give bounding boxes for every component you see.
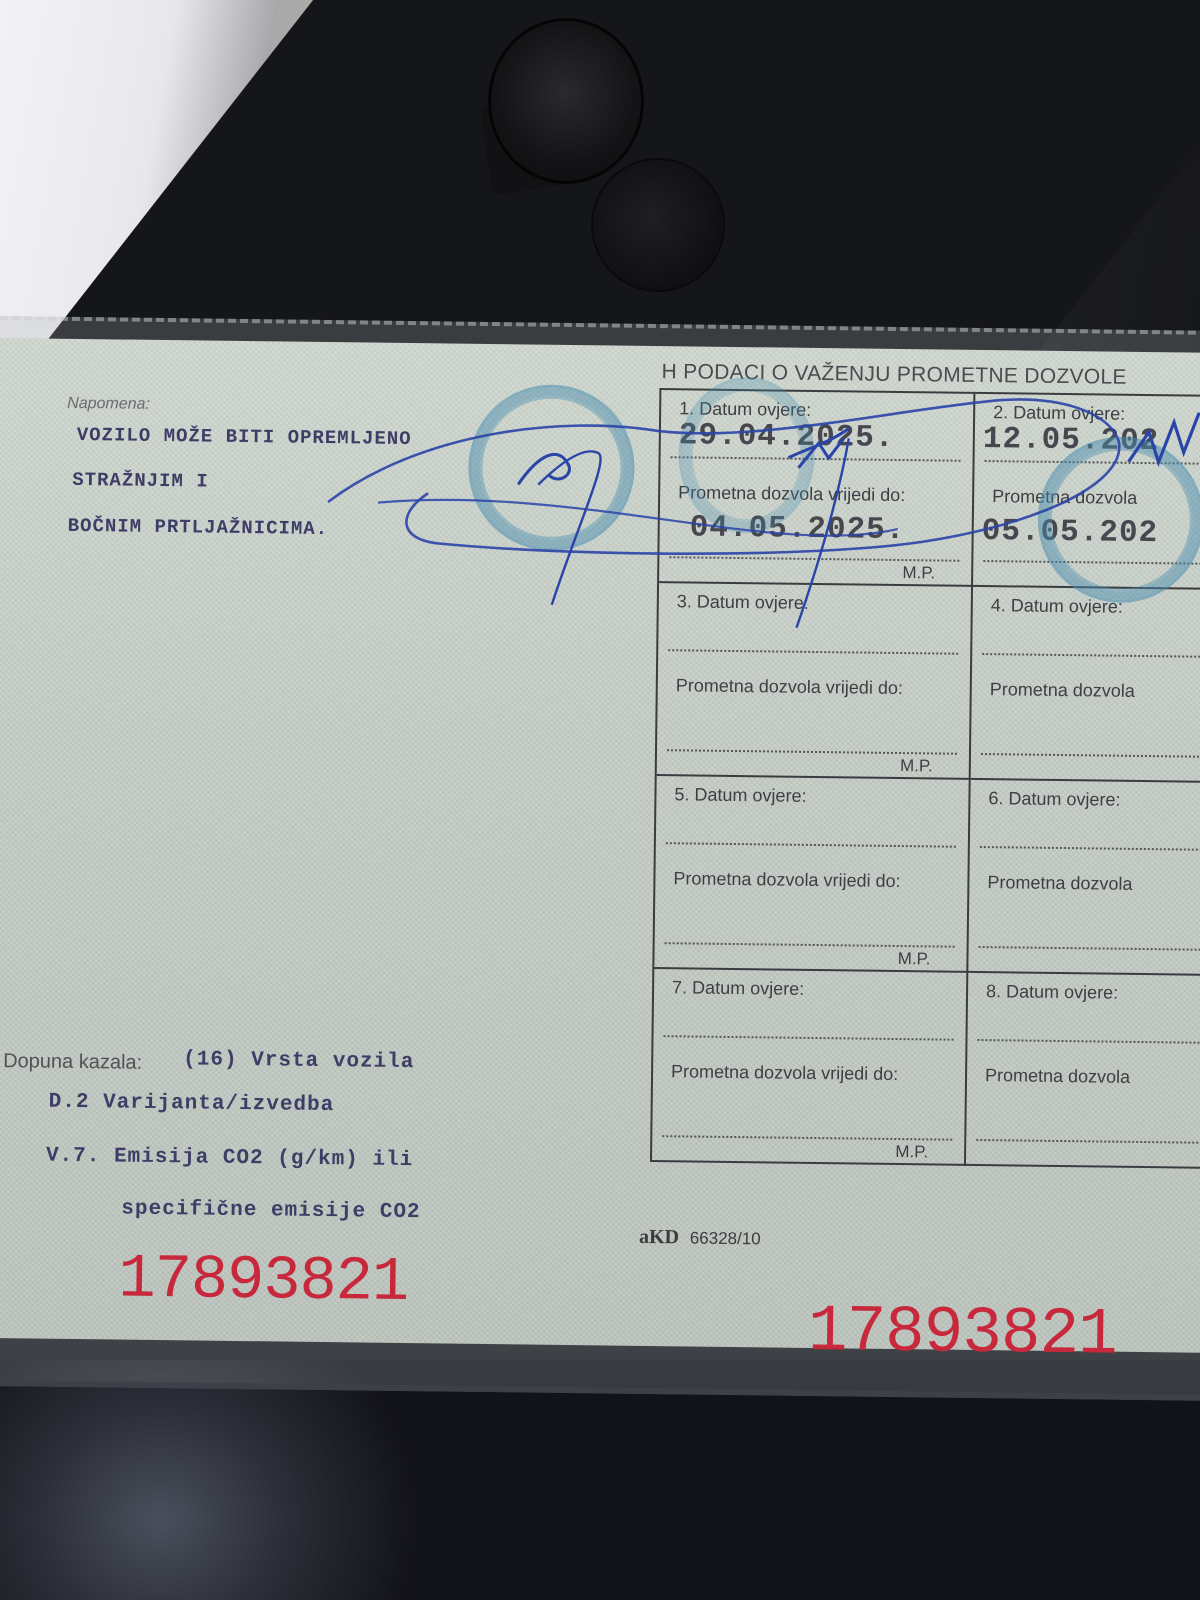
valid-until-label: Prometna dozvola vrijedi do:	[671, 1061, 898, 1085]
date-label: 7. Datum ovjere:	[672, 977, 804, 1000]
valid-until-label: Prometna dozvola vrijedi do:	[673, 868, 900, 892]
serial-number: 17893821	[118, 1244, 409, 1319]
valid-until-label: Prometna dozvola	[987, 872, 1132, 895]
dotted-line	[668, 649, 958, 655]
date-label: 2. Datum ovjere:	[993, 402, 1125, 425]
date-label: 1. Datum ovjere:	[679, 398, 811, 421]
serial-number: 17893821	[807, 1294, 1117, 1373]
dopuna-line: specifične emisije CO2	[121, 1198, 421, 1225]
date-label: 5. Datum ovjere:	[674, 784, 806, 807]
valid-until-label: Prometna dozvola vrijedi do:	[676, 675, 903, 699]
dotted-line	[982, 653, 1200, 658]
napomena-label: Napomena:	[67, 395, 150, 414]
date-value: 29.04.2025.	[679, 418, 895, 456]
valid-until-label: Prometna dozvola vrijedi do:	[678, 482, 905, 506]
date-value: 12.05.202	[983, 422, 1160, 459]
validity-section-title: H PODACI O VAŽENJU PROMETNE DOZVOLE	[661, 360, 1126, 390]
valid-until-value: 05.05.202	[981, 514, 1158, 551]
date-label: 8. Datum ovjere:	[986, 981, 1118, 1004]
dotted-line	[977, 1039, 1200, 1044]
dopuna-line: (16) Vrsta vozila	[183, 1048, 415, 1074]
registration-document: Napomena: VOZILO MOŽE BITI OPREMLJENO ST…	[0, 338, 1200, 1353]
dopuna-line: D.2 Varijanta/izvedba	[49, 1091, 335, 1117]
dotted-line	[985, 460, 1200, 465]
mp-label: M.P.	[902, 563, 935, 583]
mp-label: M.P.	[900, 756, 933, 776]
dopuna-line: V.7. Emisija CO2 (g/km) ili	[46, 1145, 414, 1172]
validity-cell-6: 6. Datum ovjere:Prometna dozvola	[968, 780, 1200, 976]
validity-cell-1: 1. Datum ovjere:29.04.2025.Prometna dozv…	[659, 390, 975, 587]
printer-code: 66328/10	[690, 1228, 761, 1248]
napomena-line: BOČNIM PRTLJAŽNICIMA.	[68, 515, 329, 540]
dotted-line	[666, 842, 956, 848]
dotted-line	[667, 749, 957, 755]
dotted-line	[662, 1135, 952, 1141]
napomena-line: STRAŽNJIM I	[72, 469, 209, 493]
background-car-interior	[0, 0, 1200, 360]
validity-grid: 1. Datum ovjere:29.04.2025.Prometna dozv…	[650, 388, 1200, 1169]
napomena-line: VOZILO MOŽE BITI OPREMLJENO	[77, 424, 412, 450]
official-stamp	[467, 384, 635, 552]
printer-mark: aKD 66328/10	[639, 1226, 761, 1250]
round-knob	[488, 18, 644, 184]
validity-cell-3: 3. Datum ovjere:Prometna dozvola vrijedi…	[657, 583, 973, 780]
dotted-line	[671, 456, 961, 462]
valid-until-label: Prometna dozvola	[992, 486, 1137, 509]
dotted-line	[669, 556, 959, 562]
date-label: 4. Datum ovjere:	[991, 595, 1123, 618]
valid-until-label: Prometna dozvola	[990, 679, 1135, 702]
valid-until-value: 04.05.2025.	[690, 510, 906, 548]
dotted-line	[976, 1139, 1200, 1144]
dotted-line	[665, 942, 955, 948]
dotted-line	[979, 946, 1200, 951]
mp-label: M.P.	[898, 949, 931, 969]
dotted-line	[980, 846, 1200, 851]
validity-cell-4: 4. Datum ovjere:Prometna dozvola	[971, 587, 1200, 783]
validity-cell-5: 5. Datum ovjere:Prometna dozvola vrijedi…	[654, 776, 970, 973]
akd-logo-icon: aKD	[639, 1226, 679, 1248]
dotted-line	[664, 1035, 954, 1041]
dotted-line	[983, 560, 1200, 565]
mp-label: M.P.	[895, 1142, 928, 1162]
date-label: 3. Datum ovjere:	[677, 591, 809, 614]
dopuna-kazala-label: Dopuna kazala:	[3, 1050, 142, 1075]
valid-until-label: Prometna dozvola	[985, 1065, 1130, 1088]
round-button	[593, 160, 723, 290]
dotted-line	[981, 753, 1200, 758]
validity-cell-7: 7. Datum ovjere:Prometna dozvola vrijedi…	[652, 969, 968, 1166]
validity-cell-2: 2. Datum ovjere:12.05.202Prometna dozvol…	[973, 394, 1200, 590]
date-label: 6. Datum ovjere:	[988, 788, 1120, 811]
validity-cell-8: 8. Datum ovjere:Prometna dozvola	[966, 973, 1200, 1169]
